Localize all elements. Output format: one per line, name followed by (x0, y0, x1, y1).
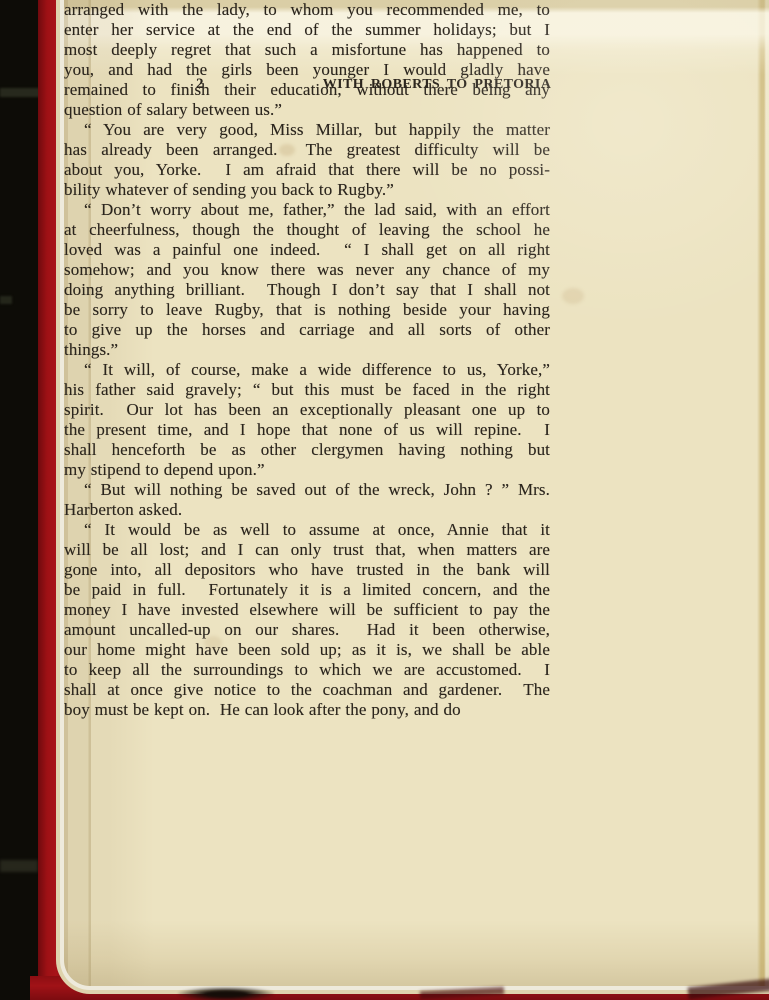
text-line: things.” (64, 340, 550, 360)
text-line: to give up the horses and carriage and a… (64, 320, 550, 340)
text-line: “ It would be as well to assume at once,… (64, 520, 550, 540)
book-photo: 2 WITH ROBERTS TO PRETORIA arranged with… (0, 0, 769, 1000)
text-line: will be all lost; and I can only trust t… (64, 540, 550, 560)
text-line: gone into, all depositors who have trust… (64, 560, 550, 580)
backdrop-scratch (0, 296, 12, 304)
page-header: 2 WITH ROBERTS TO PRETORIA (194, 76, 680, 98)
text-line: be sorry to leave Rugby, that is nothing… (64, 300, 550, 320)
page-text: arranged with the lady, to whom you reco… (64, 0, 550, 720)
text-line: enter her service at the end of the summ… (64, 20, 550, 40)
paper-stain (204, 636, 222, 649)
text-line: shall at once give notice to the coachma… (64, 680, 550, 700)
text-line: my stipend to depend upon.” (64, 460, 550, 480)
paragraph: “ Don’t worry about me, father,” the lad… (64, 200, 550, 360)
text-line: “ You are very good, Miss Millar, but ha… (64, 120, 550, 140)
text-line: our home might have been sold up; as it … (64, 640, 550, 660)
text-line: “ Don’t worry about me, father,” the lad… (64, 200, 550, 220)
text-line: “ But will nothing be saved out of the w… (64, 480, 550, 500)
text-line: at cheerfulness, though the thought of l… (64, 220, 550, 240)
text-line: the present time, and I hope that none o… (64, 420, 550, 440)
text-line: about you, Yorke. I am afraid that there… (64, 160, 550, 180)
text-line: amount uncalled-up on our shares. Had it… (64, 620, 550, 640)
text-line: “ It will, of course, make a wide differ… (64, 360, 550, 380)
binding-shadow (178, 987, 274, 1000)
text-line: money I have invested elsewhere will be … (64, 600, 550, 620)
text-line: doing anything brilliant. Though I don’t… (64, 280, 550, 300)
text-line: to keep all the surroundings to which we… (64, 660, 550, 680)
paragraph: “ But will nothing be saved out of the w… (64, 480, 550, 520)
text-line: Harberton asked. (64, 500, 550, 520)
text-line: be paid in full. Fortunately it is a lim… (64, 580, 550, 600)
paper-stain (562, 288, 584, 304)
paragraph: “ It would be as well to assume at once,… (64, 520, 550, 720)
text-line: shall henceforth be as other clergymen h… (64, 440, 550, 460)
paragraph: “ It will, of course, make a wide differ… (64, 360, 550, 480)
backdrop-scratch (0, 860, 38, 872)
backdrop-scratch (0, 88, 42, 97)
text-line: most deeply regret that such a misfortun… (64, 40, 550, 60)
paragraph: “ You are very good, Miss Millar, but ha… (64, 120, 550, 200)
text-line: spirit. Our lot has been an exceptionall… (64, 400, 550, 420)
text-line: his father said gravely; “ but this must… (64, 380, 550, 400)
text-line: boy must be kept on. He can look after t… (64, 700, 550, 720)
text-line: somehow; and you know there was never an… (64, 260, 550, 280)
text-line: bility whatever of sending you back to R… (64, 180, 550, 200)
running-title: WITH ROBERTS TO PRETORIA (194, 77, 680, 93)
paper-stain (279, 144, 295, 156)
paragraph: arranged with the lady, to whom you reco… (64, 0, 550, 120)
text-line: arranged with the lady, to whom you reco… (64, 0, 550, 20)
book-page: 2 WITH ROBERTS TO PRETORIA arranged with… (64, 0, 769, 986)
text-line: loved was a painful one indeed. “ I shal… (64, 240, 550, 260)
text-line: question of salary between us.” (64, 100, 550, 120)
text-line: has already been arranged. The greatest … (64, 140, 550, 160)
